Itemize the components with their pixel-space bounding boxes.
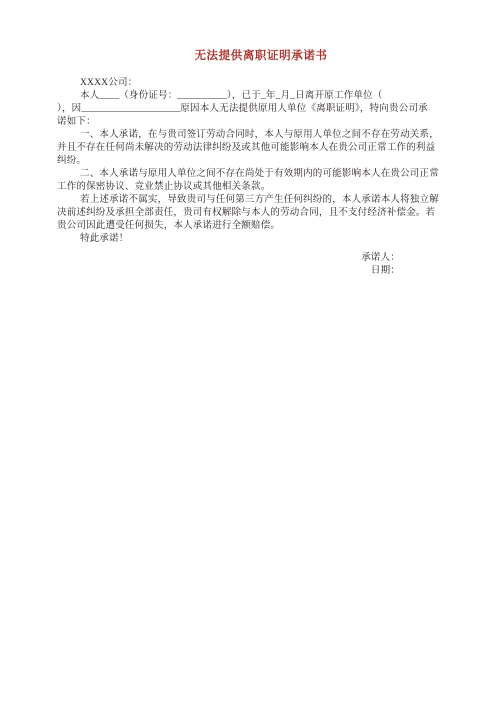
body-line: 诺如下： <box>57 116 429 129</box>
signature-block: 承诺人： 日期： <box>57 252 429 278</box>
closing-line: 特此承诺！ <box>57 233 429 246</box>
body-line: 并且不存在任何尚未解决的劳动法律纠纷及或其他可能影响本人在贵公司正常工作的利益 <box>57 142 429 155</box>
body-line: 一、本人承诺，在与贵司签订劳动合同时，本人与原用人单位之间不存在劳动关系， <box>57 129 429 142</box>
body-line: 纠纷。 <box>57 155 429 168</box>
document-title: 无法提供离职证明承诺书 <box>93 50 429 63</box>
body-line: 二、本人承诺与原用人单位之间不存在尚处于有效期内的可能影响本人在贵公司正常 <box>57 168 429 181</box>
date-label: 日期： <box>57 265 400 278</box>
body-line: 若上述承诺不属实，导致贵司与任何第三方产生任何纠纷的，本人承诺本人将独立解 <box>57 194 429 207</box>
body-line: 决前述纠纷及承担全部责任，贵司有权解除与本人的劳动合同，且不支付经济补偿金。若 <box>57 207 429 220</box>
body-line: ），因____________________原因本人无法提供原用人单位《离职证… <box>57 103 429 116</box>
body-line: 工作的保密协议、竞业禁止协议或其他相关条款。 <box>57 181 429 194</box>
salutation-line: XXXX公司： <box>57 77 429 90</box>
document-content: 无法提供离职证明承诺书 XXXX公司： 本人____（身份证号：________… <box>57 50 429 278</box>
body-line: 贵公司因此遭受任何损失，本人承诺进行全额赔偿。 <box>57 220 429 233</box>
body-line: 本人____（身份证号：__________），已于_年_月_日离开原工作单位（ <box>57 90 429 103</box>
signer-label: 承诺人： <box>57 252 400 265</box>
document-page: 无法提供离职证明承诺书 XXXX公司： 本人____（身份证号：________… <box>0 0 500 707</box>
